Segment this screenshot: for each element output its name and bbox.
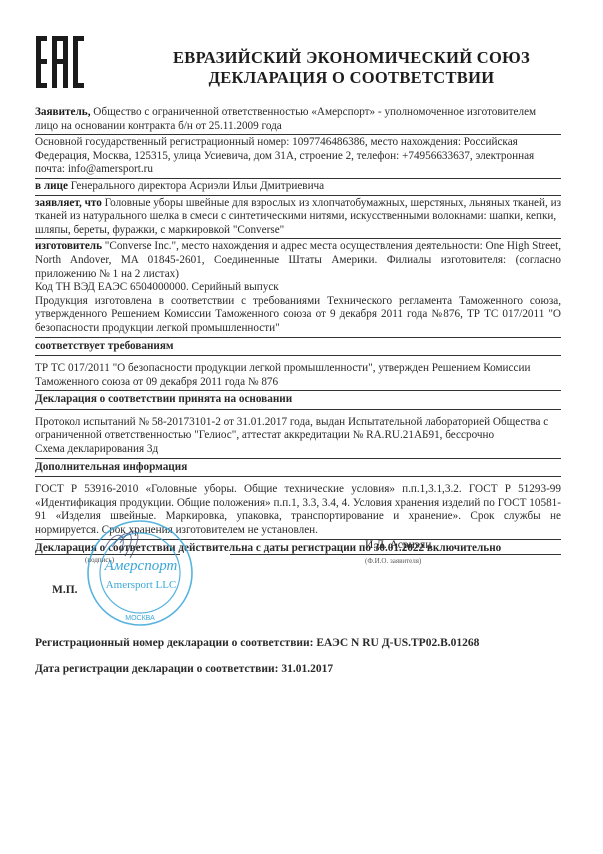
applicant-label: Заявитель, xyxy=(35,106,91,118)
declares-text: Головные уборы швейные для взрослых из х… xyxy=(35,197,561,236)
representative-label: в лице xyxy=(35,180,68,192)
seal-line2: Amersport LLC xyxy=(106,579,177,591)
representative-section: в лице Генерального директора Асриэли Ил… xyxy=(35,179,561,196)
eac-mark-icon xyxy=(36,36,84,88)
registration-number: Регистрационный номер декларации о соотв… xyxy=(35,637,479,649)
manufacturer-section: изготовитель "Converse Inc.", место нахо… xyxy=(35,239,561,337)
production-text: Продукция изготовлена в соответствии с т… xyxy=(35,295,561,336)
signature-area: (подпись) И.Д. Асриэли (Ф.И.О. заявителя… xyxy=(35,530,561,640)
seal-city: МОСКВА xyxy=(125,615,155,622)
additional-heading: Дополнительная информация xyxy=(35,459,561,478)
applicant-section: Заявитель, Общество с ограниченной ответ… xyxy=(35,105,561,135)
name-label: (Ф.И.О. заявителя) xyxy=(365,557,421,565)
declares-label: заявляет, что xyxy=(35,197,102,209)
complies-heading: соответствует требованиям xyxy=(35,338,561,357)
registration-section: Основной государственный регистрационный… xyxy=(35,135,561,179)
seal-line1: Амерспорт xyxy=(104,558,178,574)
union-name: ЕВРАЗИЙСКИЙ ЭКОНОМИЧЕСКИЙ СОЮЗ xyxy=(120,48,583,68)
eac-logo xyxy=(36,36,84,88)
basis-text: Протокол испытаний № 58-20173101-2 от 31… xyxy=(35,416,561,443)
complies-section: ТР ТС 017/2011 "О безопасности продукции… xyxy=(35,356,561,391)
manufacturer-text: "Converse Inc.", место нахождения и адре… xyxy=(35,240,561,279)
representative-text: Генерального директора Асриэли Ильи Дмит… xyxy=(68,180,324,192)
declaration-title: ДЕКЛАРАЦИЯ О СООТВЕТСТВИИ xyxy=(120,68,583,88)
basis-heading: Декларация о соответствии принята на осн… xyxy=(35,391,561,410)
tnved-code: Код ТН ВЭД ЕАЭС 6504000000. Серийный вып… xyxy=(35,281,561,295)
company-seal-icon: Амерспорт Amersport LLC МОСКВА xyxy=(85,518,195,628)
registration-date: Дата регистрации декларации о соответств… xyxy=(35,663,333,675)
name-line xyxy=(230,554,561,555)
declaration-body: Заявитель, Общество с ограниченной ответ… xyxy=(35,105,561,557)
document-title: ЕВРАЗИЙСКИЙ ЭКОНОМИЧЕСКИЙ СОЮЗ ДЕКЛАРАЦИ… xyxy=(120,48,583,88)
signatory-name: И.Д. Асриэли xyxy=(365,539,431,551)
complies-text: ТР ТС 017/2011 "О безопасности продукции… xyxy=(35,362,561,389)
applicant-text: Общество с ограниченной ответственностью… xyxy=(35,106,536,132)
registration-text: Основной государственный регистрационный… xyxy=(35,136,561,177)
declares-section: заявляет, что Головные уборы швейные для… xyxy=(35,196,561,240)
scheme-text: Схема декларирования 3д xyxy=(35,443,561,457)
seal-place-label: М.П. xyxy=(52,584,78,596)
basis-section: Протокол испытаний № 58-20173101-2 от 31… xyxy=(35,410,561,459)
manufacturer-label: изготовитель xyxy=(35,240,102,252)
